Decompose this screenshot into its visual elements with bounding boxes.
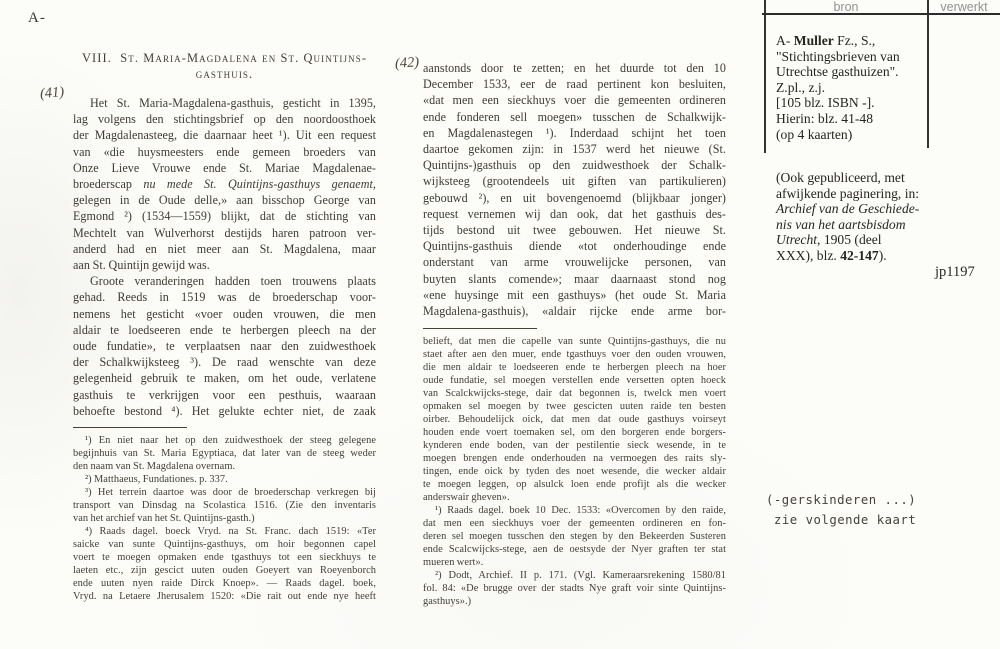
text-line: houden ende voert toemaken sel, om den b…	[423, 426, 726, 439]
text-line: ¹) En niet naar het op den zuidwesthoek …	[73, 434, 376, 447]
text-line: ²) Matthaeus, Fundationes. p. 337.	[73, 473, 376, 486]
left-column-body: Het St. Maria-Magdalena-gasthuis, gestic…	[73, 95, 376, 419]
text-line: wijksteeg (grootendeels uit giften van p…	[423, 173, 726, 189]
text-line: Het St. Maria-Magdalena-gasthuis, gestic…	[73, 95, 376, 111]
text-line: Magdalena-gasthuis), «aldair rijcke ende…	[423, 303, 726, 319]
text-line: der Magdalenasteeg, die daarnaar heet ¹)…	[73, 127, 376, 143]
text-line: ¹) Raads dagel. boek 10 Dec. 1533: «Over…	[423, 504, 726, 517]
text-line: ende Scalcwijcks-stege, aen de oestsyde …	[423, 543, 726, 556]
text-line: van «die huysmeesters ende gemeen broede…	[73, 144, 376, 160]
text-line: gasthuis te verkrijgen voor een pesthuis…	[73, 387, 376, 403]
text-line: Archief van de Geschiede-	[776, 201, 951, 217]
text-line: request vernemen wij dan ook, dat het ga…	[423, 206, 726, 222]
scanned-archive-card: A- (41) (42) VIII. St. Maria-Magdalena e…	[0, 0, 1000, 649]
text-line: «ene huysinge mit een gasthuys» (het oud…	[423, 287, 726, 303]
text-line: XXX), blz. 42-147).	[776, 248, 951, 264]
text-line: «dat men een sieckhuys voer die gemeente…	[423, 92, 726, 108]
text-line: Groote veranderingen hadden toen trouwen…	[73, 273, 376, 289]
text-line: die men aldair te loedseeren ende te her…	[423, 361, 726, 374]
article-title-line1: VIII. St. Maria-Magdalena en St. Quintij…	[73, 50, 376, 66]
text-line: laeten etc., zijn gescict uuten ouden Go…	[73, 564, 376, 577]
publication-note: (Ook gepubliceerd, metafwijkende paginer…	[776, 170, 951, 264]
text-line: te moegen leggen, op alsulck loen ende p…	[423, 478, 726, 491]
text-line: staet after aen den muer, ende tgasthuys…	[423, 348, 726, 361]
text-line: transport van Dinsdag na Scolastica 1516…	[73, 499, 376, 512]
left-footnote-separator	[73, 427, 187, 428]
bibliographic-entry: A- Muller Fz., S.,"Stichtingsbrieven van…	[776, 33, 946, 142]
text-line: tingen, ende oick by tyden des noet wese…	[423, 465, 726, 478]
text-line: ende uuten nyen raide Dirck Knoep». — Ra…	[73, 577, 376, 590]
text-line: opmaken sel moegen by twee gescicten uut…	[423, 400, 726, 413]
margin-note-41: (41)	[39, 84, 65, 103]
text-line: voert te moegen opmaken ende tgasthuys t…	[73, 551, 376, 564]
text-line: moegen brengen ende onderhouden na vermo…	[423, 452, 726, 465]
column-header-verwerkt: verwerkt	[929, 0, 999, 12]
article-title: VIII. St. Maria-Magdalena en St. Quintij…	[73, 50, 376, 82]
text-line: zie volgende kaart	[766, 510, 976, 530]
text-line: broederscap nu mede St. Quintijns-gasthu…	[73, 176, 376, 192]
text-line: en Magdalenastegen ¹). Inderdaad schijnt…	[423, 125, 726, 141]
text-line: oirber. Behoudelijck oick, dat men dat o…	[423, 413, 726, 426]
text-line: Z.pl., z.j.	[776, 80, 946, 96]
text-line: ²) Dodt, Archief. II p. 171. (Vgl. Kamer…	[423, 569, 726, 582]
text-line: anderd had en niet meer aan St. Magdalen…	[73, 241, 376, 257]
text-line: nis van het aartsbisdom	[776, 217, 951, 233]
text-line: ³) Het terrein daartoe was door de broed…	[73, 486, 376, 499]
card-code: jp1197	[935, 264, 975, 281]
text-line: van Scalckwijcks-stege, dair dat begonne…	[423, 387, 726, 400]
text-line: fol. 84: «De brugge over der stadts Nye …	[423, 582, 726, 595]
text-line: Utrechtse gasthuizen".	[776, 64, 946, 80]
text-line: onderstant van arme vrouwelijcke persone…	[423, 254, 726, 270]
text-line: Hierin: blz. 41-48	[776, 111, 946, 127]
text-line: Quintijns-)gasthuis op den zuidwesthoek …	[423, 157, 726, 173]
text-line: van het archief van het St. Quintijns-ga…	[73, 512, 376, 525]
text-line: gelegenheid gebruik te maken, om het oud…	[73, 370, 376, 386]
right-column-body: aanstonds door te zetten; en het duurde …	[423, 60, 726, 319]
text-line: gebouwd ²), en uit bovengenoemd (blijkba…	[423, 190, 726, 206]
text-line: "Stichtingsbrieven van	[776, 49, 946, 65]
text-line: deren sel moegen tusschen den stegen by …	[423, 530, 726, 543]
text-line: der Schalkwijksteeg ³). De raad wenschte…	[73, 354, 376, 370]
article-title-line2: gasthuis.	[73, 66, 376, 82]
text-line: [105 blz. ISBN -].	[776, 95, 946, 111]
typewritten-remark: (-gerskinderen ...)zie volgende kaart	[766, 490, 976, 530]
text-line: ende fonderen sell moegen» tusschen de S…	[423, 109, 726, 125]
text-line: gelegen in de Oude delle,» aan bisschop …	[73, 192, 376, 208]
left-column-footnotes: ¹) En niet naar het op den zuidwesthoek …	[73, 434, 376, 603]
text-line: afwijkende paginering, in:	[776, 186, 951, 202]
text-line: Utrecht, 1905 (deel	[776, 232, 951, 248]
column-header-bron: bron	[766, 0, 926, 12]
text-line: December 1533, eer de raad pertinent kon…	[423, 76, 726, 92]
corner-annotation: A-	[28, 10, 46, 27]
text-line: (Ook gepubliceerd, met	[776, 170, 951, 186]
text-line: kynderen ende boden, van der pestilentie…	[423, 439, 726, 452]
text-line: anderswair gheven».	[423, 491, 726, 504]
text-line: lag volgens den stichtingsbrief op den n…	[73, 111, 376, 127]
text-line: mueren wert».	[423, 556, 726, 569]
text-line: buyten slants comende»; maar daarnaast s…	[423, 271, 726, 287]
text-line: ⁴) Raads dagel. boeck Vryd. na St. Franc…	[73, 525, 376, 538]
text-line: gasthuys».)	[423, 595, 726, 608]
text-line: tijds bestond uit twee gebouwen. Het nie…	[423, 222, 726, 238]
card-left-border	[764, 0, 766, 153]
right-column-footnotes: belieft, dat men die capelle van sunte Q…	[423, 335, 726, 608]
text-line: den naam van St. Magdalena overnam.	[73, 460, 376, 473]
text-line: begijnhuis van St. Maria Egyptiaca, dat …	[73, 447, 376, 460]
margin-note-42: (42)	[394, 54, 419, 73]
text-line: (-gerskinderen ...)	[766, 490, 976, 510]
text-line: dat men een sieckhuys voer der gemeenten…	[423, 517, 726, 530]
text-line: Vryd. na Letaere Jherusalem 1520: «Die r…	[73, 590, 376, 603]
text-line: aanstonds door te zetten; en het duurde …	[423, 60, 726, 76]
text-line: A- Muller Fz., S.,	[776, 33, 946, 49]
text-line: Egmond ²) (1534—1559) blijkt, dat de sti…	[73, 208, 376, 224]
text-line: oude fundatie», te verplaatsen naar den …	[73, 338, 376, 354]
text-line: aldair te loedseeren ende te herbergen p…	[73, 322, 376, 338]
text-line: oude fundatie, sel moegen verstellen end…	[423, 374, 726, 387]
text-line: gehad. Reeds in 1519 was de broederschap…	[73, 289, 376, 305]
text-line: saicke van sunte Quintijns-gasthuys, om …	[73, 538, 376, 551]
text-line: behoefte bestond ⁴). Het gelukte echter …	[73, 403, 376, 419]
text-line: belieft, dat men die capelle van sunte Q…	[423, 335, 726, 348]
text-line: Mechtelt van Wulverhorst destijds haren …	[73, 225, 376, 241]
text-line: nemens het gesticht «voer ouden vrouwen,…	[73, 306, 376, 322]
text-line: Quintijns-gasthuis diende «tot onderhoud…	[423, 238, 726, 254]
text-line: aan St. Quintijn gewijd was.	[73, 257, 376, 273]
text-line: (op 4 kaarten)	[776, 127, 946, 143]
right-footnote-separator	[423, 328, 537, 329]
text-line: daartoe gekomen zijn: in 1537 werd het n…	[423, 141, 726, 157]
text-line: Onze Lieve Vrouwe ende St. Mariae Magdal…	[73, 160, 376, 176]
